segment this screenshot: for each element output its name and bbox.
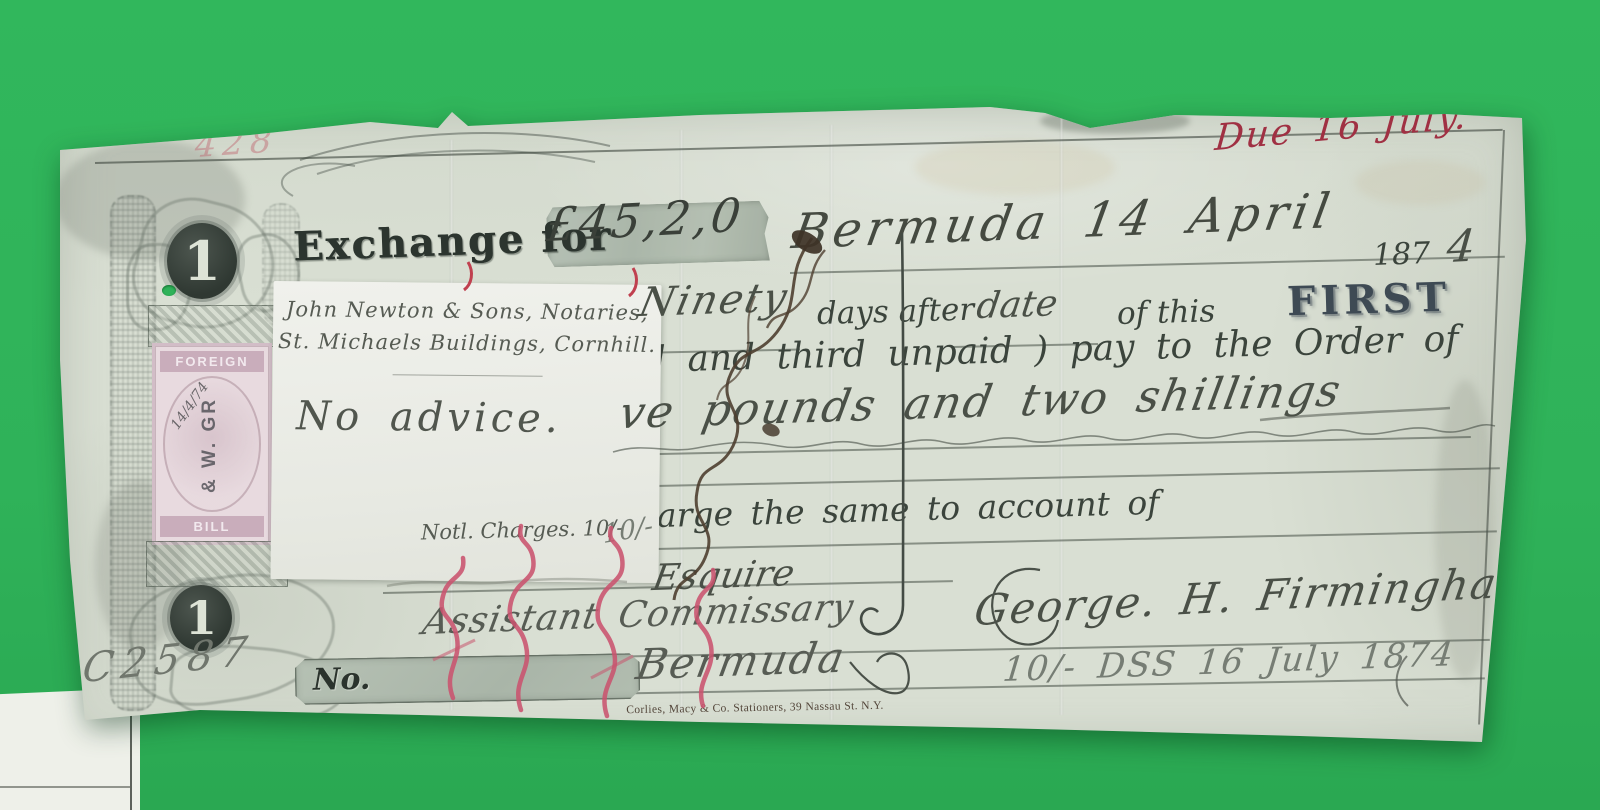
section-rule <box>655 467 1500 486</box>
date-word-handwritten: date <box>974 283 1060 327</box>
no-advice-note: No advice. <box>296 393 562 442</box>
drawee-place: Bermuda <box>633 633 850 690</box>
printer-imprint: Corlies, Macy & Co. Stationers, 39 Nassa… <box>560 699 950 718</box>
table-corner-edge-horizontal <box>0 786 131 788</box>
place-and-date: Bermuda 14 April <box>788 183 1338 260</box>
stamp-footer-band: BILL <box>160 516 264 537</box>
amount-figures: £45,2,0 <box>544 187 747 252</box>
paper-stain <box>1355 160 1485 205</box>
notarial-charges: Notl. Charges. 10/- <box>421 516 624 545</box>
signature-pencil-note: 10/- DSS 16 July 1874 <box>1001 634 1457 690</box>
amount-words-rule <box>613 436 1471 455</box>
bill-of-exchange-document: 1 FOREIGN & W. GR 14/4/74 BILL 1 <box>55 100 1530 750</box>
paper-sheet: 1 FOREIGN & W. GR 14/4/74 BILL 1 <box>55 100 1530 750</box>
notary-name: John Newton & Sons, Notaries, <box>273 297 661 325</box>
engraved-leaf-band <box>148 305 284 347</box>
punched-hole <box>162 285 176 296</box>
paper-stain <box>915 140 1115 195</box>
foreign-bill-stamp: FOREIGN & W. GR 14/4/74 BILL <box>152 343 272 545</box>
section-rule <box>655 530 1497 549</box>
photograph-background: 1 FOREIGN & W. GR 14/4/74 BILL 1 <box>0 0 1600 810</box>
term-handwritten: Ninety <box>635 275 793 327</box>
number-box: No. <box>295 653 641 705</box>
sticker-divider <box>393 374 543 377</box>
number-box-label: No. <box>313 662 371 698</box>
faint-red-number: 428 <box>194 120 280 166</box>
charge-clause: arge the same to account of <box>656 483 1159 535</box>
first-of-exchange-label: FIRST <box>1286 274 1451 326</box>
denomination-medallion-top: 1 <box>167 223 237 299</box>
denomination-top: 1 <box>183 229 221 293</box>
due-date-annotation: Due 16 July. <box>1213 96 1470 160</box>
printed-days-after: days after <box>816 292 974 332</box>
notary-address: St. Michaels Buildings, Cornhill. <box>273 329 661 357</box>
year-digit: 4 <box>1445 220 1477 273</box>
printed-year: 187 <box>1372 236 1430 273</box>
